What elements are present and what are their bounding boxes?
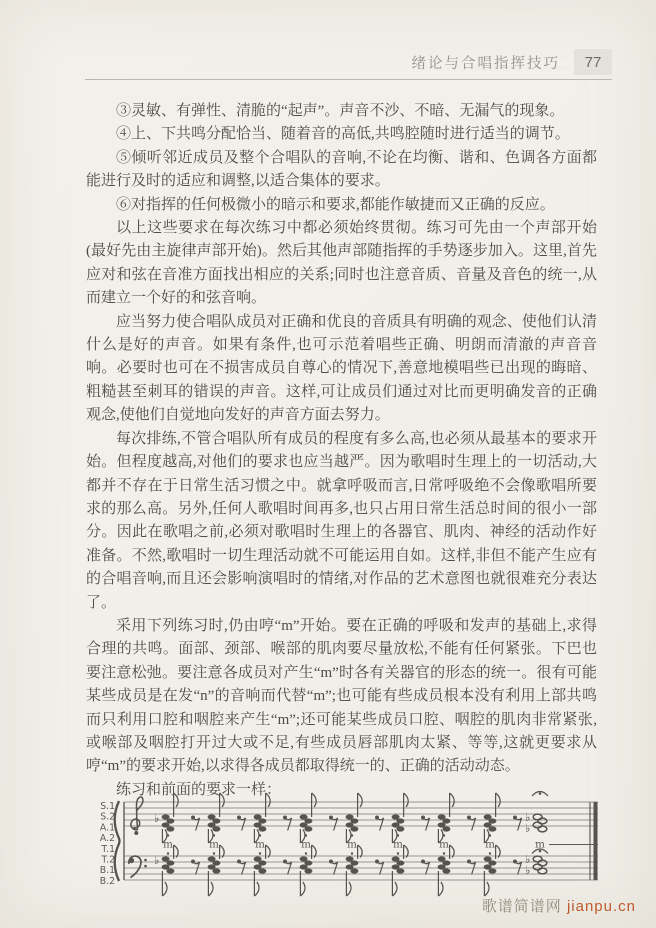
body-paragraph: 每次排练,不管合唱队所有成员的程度有多么高,也必须从最基本的要求开始。但程度越高… <box>86 428 597 615</box>
body-paragraph: ③灵敏、有弹性、清脆的“起声”。声音不沙、不暗、无漏气的现象。 <box>86 100 597 123</box>
svg-text:m: m <box>393 839 403 851</box>
svg-text:m: m <box>163 839 173 851</box>
svg-text:m: m <box>301 839 311 851</box>
svg-text:♭: ♭ <box>154 853 159 867</box>
svg-text:T.2: T.2 <box>101 855 115 866</box>
svg-text:m: m <box>485 839 495 851</box>
page-number-badge: 77 <box>574 49 612 75</box>
svg-text:A.2: A.2 <box>100 833 115 844</box>
svg-text:m: m <box>209 839 219 851</box>
svg-text:S.1: S.1 <box>100 801 115 812</box>
svg-text:A.1: A.1 <box>100 822 115 833</box>
svg-text:m: m <box>535 839 545 851</box>
body-paragraph: ⑥对指挥的任何极微小的暗示和要求,都能作敏捷而又正确的反应。 <box>86 194 597 217</box>
watermark-site-url: jianpu.cn <box>567 898 636 915</box>
running-header: 绪论与合唱指挥技巧 77 <box>86 48 612 76</box>
body-paragraph: 应当努力使合唱队成员对正确和优良的音质具有明确的观念、使他们认清什么是好的声音。… <box>86 311 597 428</box>
svg-text:♭: ♭ <box>525 821 530 835</box>
svg-text:T.1: T.1 <box>101 844 116 855</box>
svg-text:B.2: B.2 <box>100 876 115 887</box>
svg-text:S.2: S.2 <box>100 812 115 823</box>
svg-text:♭: ♭ <box>525 863 530 877</box>
body-text: ③灵敏、有弹性、清脆的“起声”。声音不沙、不暗、无漏气的现象。 ④上、下共鸣分配… <box>86 100 597 802</box>
svg-text:m: m <box>439 839 449 851</box>
svg-text:♭: ♭ <box>154 811 159 825</box>
body-paragraph: 以上这些要求在每次练习中都必须始终贯彻。练习可先由一个声部开始(最好先由主旋律声… <box>86 217 597 311</box>
svg-text:m: m <box>347 839 357 851</box>
running-header-title: 绪论与合唱指挥技巧 <box>412 52 561 73</box>
watermark-site-name: 歌谱简谱网 <box>482 898 562 915</box>
svg-text:B.1: B.1 <box>100 865 115 876</box>
header-rule <box>85 79 612 80</box>
exercise-score: S.1S.2A.1A.2T.1T.2B.1B.2♭♭mmmmmmmm♭♭♭♭m <box>88 784 628 908</box>
body-paragraph: ⑤倾听邻近成员及整个合唱队的音响,不论在均衡、谐和、色调各方面都能进行及时的适应… <box>86 147 597 194</box>
watermark: 歌谱简谱网 jianpu.cn <box>482 895 636 916</box>
body-paragraph: ④上、下共鸣分配恰当、随着音的高低,共鸣腔随时进行适当的调节。 <box>86 123 597 146</box>
svg-text:m: m <box>255 839 265 851</box>
body-paragraph: 采用下列练习时,仍由哼“m”开始。要在正确的呼吸和发声的基础上,求得合理的共鸣。… <box>86 615 597 779</box>
music-score-svg: S.1S.2A.1A.2T.1T.2B.1B.2♭♭mmmmmmmm♭♭♭♭m <box>88 784 628 908</box>
book-page: 绪论与合唱指挥技巧 77 ③灵敏、有弹性、清脆的“起声”。声音不沙、不暗、无漏气… <box>0 0 656 928</box>
